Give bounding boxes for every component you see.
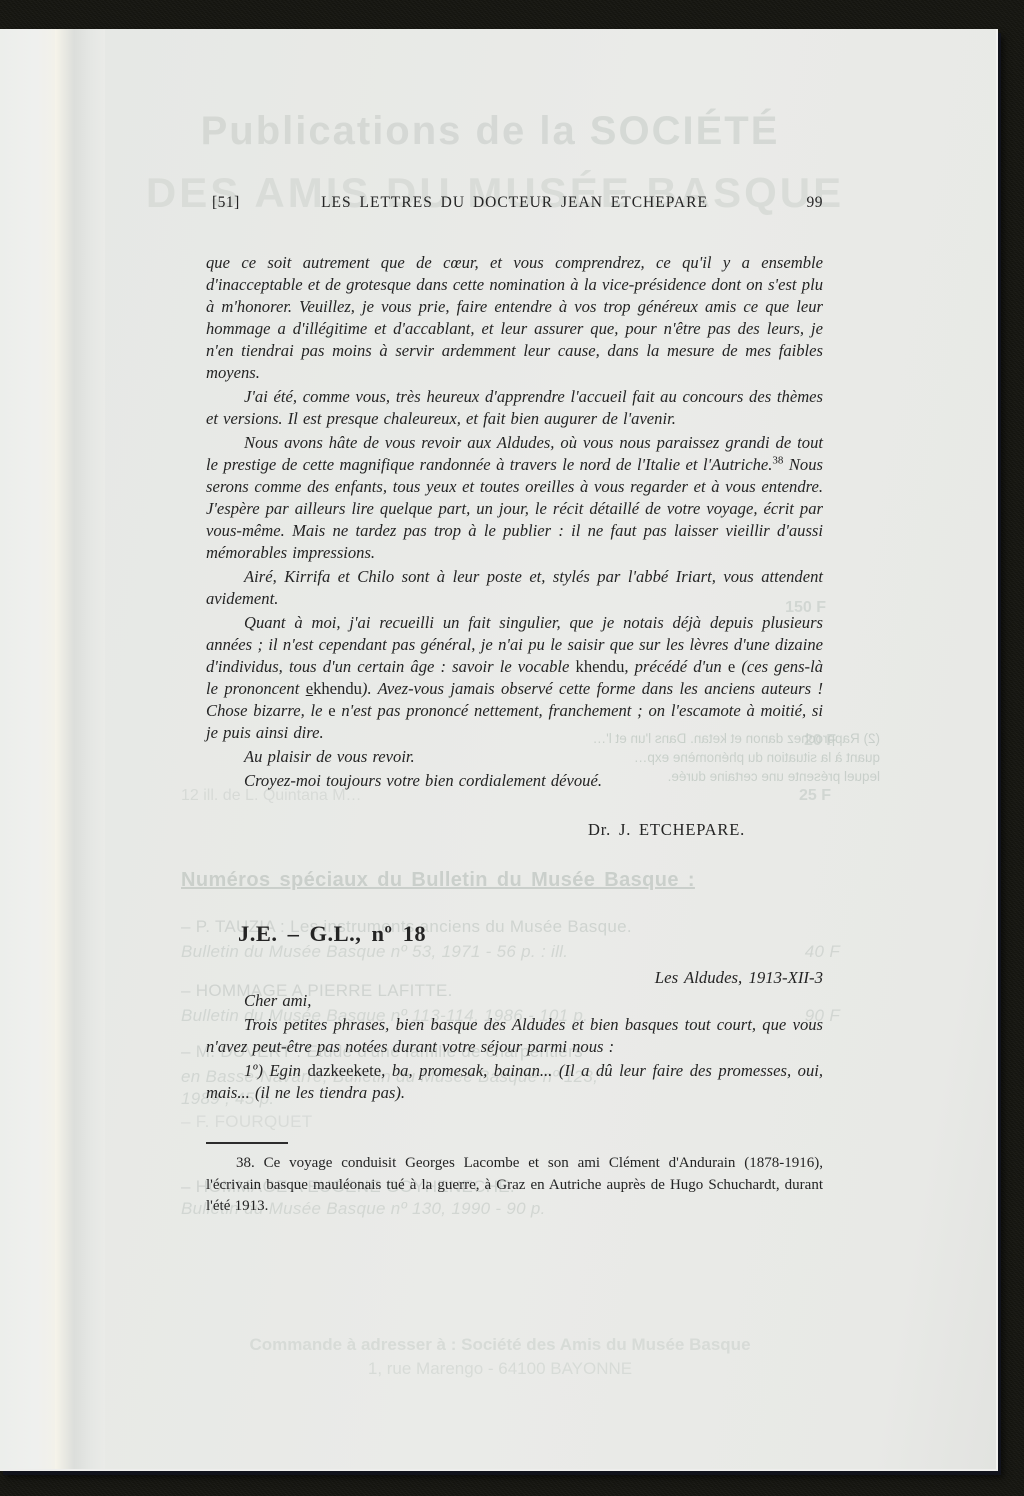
letter-paragraph-5: Quant à moi, j'ai recueilli un fait sing… <box>206 612 823 744</box>
letter-paragraph-7: Croyez-moi toujours votre bien cordialem… <box>206 770 823 792</box>
page-number: 99 <box>807 194 824 212</box>
footnote-38: 38. Ce voyage conduisit Georges Lacombe … <box>206 1153 823 1218</box>
section-paragraph-2: 1º) Egin dazkeekete, ba, promesak, baina… <box>206 1060 823 1104</box>
book-page: Publications de la SOCIÉTÉ DES AMIS DU M… <box>0 29 998 1471</box>
scan-background: Publications de la SOCIÉTÉ DES AMIS DU M… <box>0 0 1024 1496</box>
letter-paragraph-4: Airé, Kirrifa et Chilo sont à leur poste… <box>206 566 823 610</box>
basque-word-dazkeekete: dazkeekete <box>307 1061 381 1080</box>
letter-paragraph-3: Nous avons hâte de vous revoir aux Aldud… <box>206 432 823 564</box>
running-title: LES LETTRES DU DOCTEUR JEAN ETCHEPARE <box>321 194 708 212</box>
text-block: [51] LES LETTRES DU DOCTEUR JEAN ETCHEPA… <box>206 194 823 1218</box>
footnote-divider <box>206 1142 288 1144</box>
underlined-e: e <box>306 679 313 698</box>
column-number: [51] <box>212 194 240 212</box>
footnote-ref-38: 38 <box>772 454 783 466</box>
salutation: Cher ami, <box>206 990 823 1012</box>
dateline: Les Aldudes, 1913-XII-3 <box>206 968 823 988</box>
signature: Dr. J. ETCHEPARE. <box>206 820 823 840</box>
running-header: [51] LES LETTRES DU DOCTEUR JEAN ETCHEPA… <box>206 194 823 214</box>
letter-paragraph-2: J'ai été, comme vous, très heureux d'app… <box>206 386 823 430</box>
basque-word-ekhendu: khendu <box>313 679 362 698</box>
ghost-order-line1: Commande à adresser à : Société des Amis… <box>150 1335 850 1355</box>
section-heading: J.E. – G.L., nº 18 <box>238 921 823 947</box>
ghost-order-line2: 1, rue Marengo - 64100 BAYONNE <box>150 1359 850 1379</box>
section-paragraph-1: Trois petites phrases, bien basque des A… <box>206 1014 823 1058</box>
footnote-block: 38. Ce voyage conduisit Georges Lacombe … <box>206 1142 823 1218</box>
ghost-banner-line1: Publications de la SOCIÉTÉ <box>140 109 840 154</box>
basque-word-khendu: khendu <box>576 657 625 676</box>
letter-paragraph-1: que ce soit autrement que de cœur, et vo… <box>206 252 823 384</box>
letter-paragraph-6: Au plaisir de vous revoir. <box>206 746 823 768</box>
